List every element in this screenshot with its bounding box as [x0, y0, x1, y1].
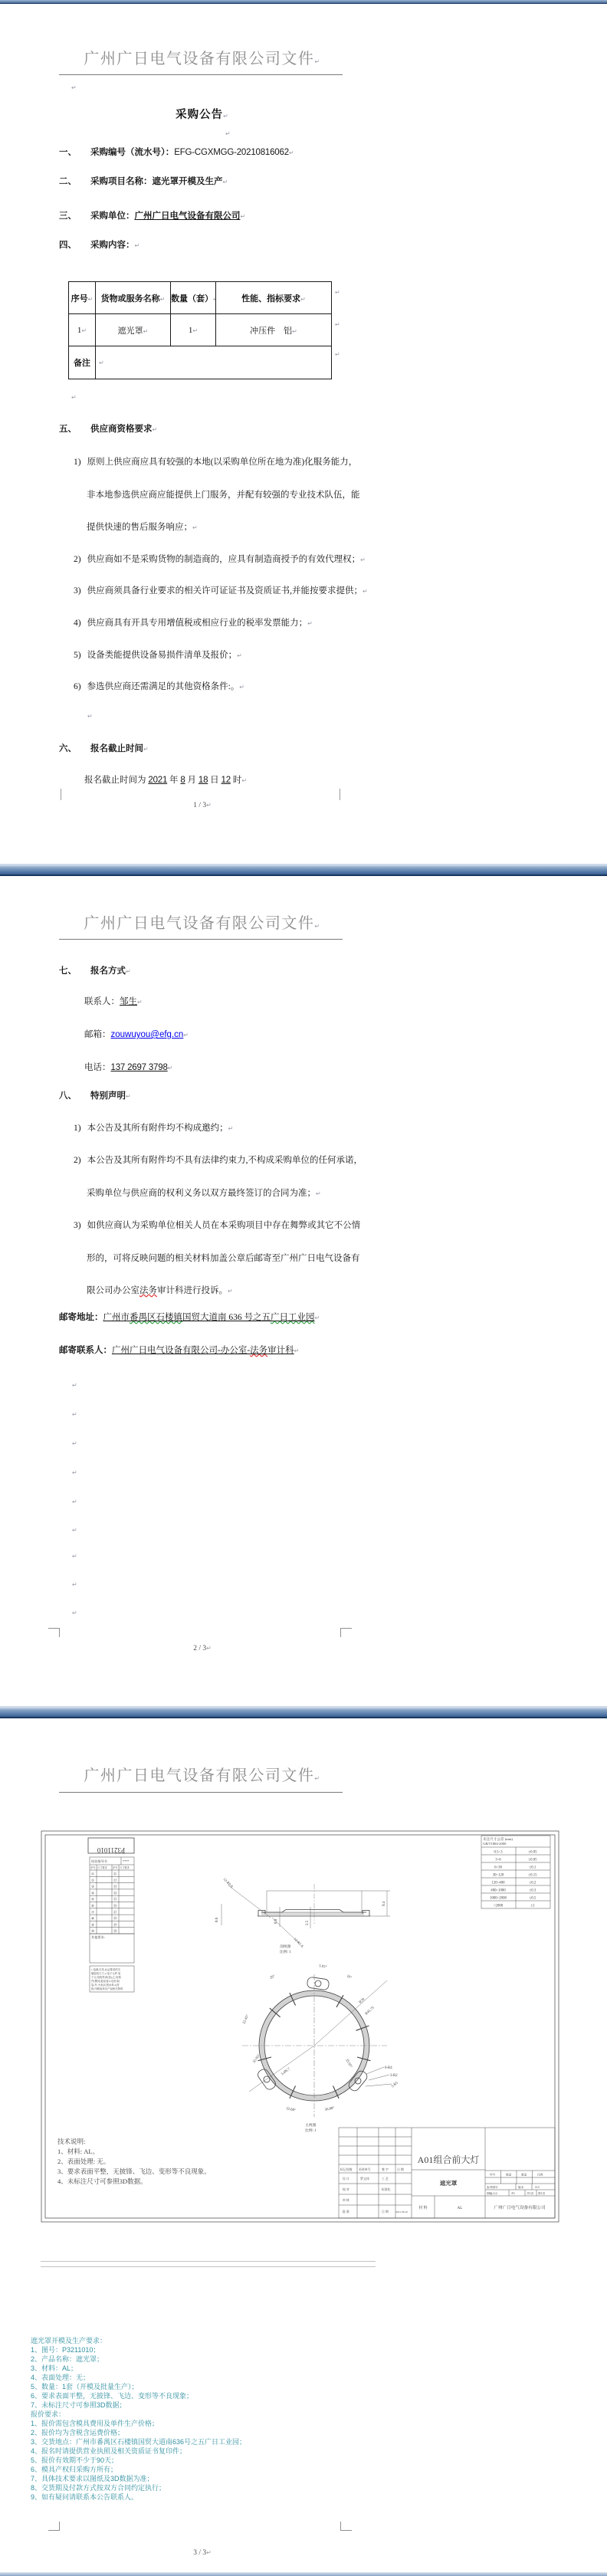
list-item: 3)供应商须具备行业要求的相关许可证证书及资质证书,并能按要求提供；↵ — [74, 584, 368, 596]
mail-address-label: 邮寄地址： — [59, 1313, 103, 1322]
front-view-scale: 比例: 1 — [305, 2128, 317, 2133]
note-line: 3、交货地点：广州市番禺区石楼镇国贸大道南636号之五广日工业园； — [31, 2437, 246, 2446]
svg-text:⑫: ⑫ — [113, 1878, 117, 1883]
svg-text:②: ② — [91, 1879, 95, 1882]
svg-text:±0.05: ±0.05 — [528, 1859, 537, 1862]
pilcrow-icon: ↵ — [143, 746, 149, 753]
note-line: 8、交货期及付款方式按双方合同约定执行； — [31, 2483, 246, 2492]
col-header: 序号↵ — [69, 282, 96, 314]
svg-text:±0.05: ±0.05 — [528, 1851, 537, 1855]
note-line: 6、模具产权归采购方所有； — [31, 2465, 246, 2474]
pilcrow-icon: ↵ — [228, 1125, 234, 1132]
pilcrow-icon: ↵ — [223, 113, 229, 120]
pilcrow-icon: ↵ — [206, 802, 212, 809]
pilcrow-icon: ↵ — [300, 296, 306, 303]
list-item: 4)供应商具有开具专用增值税或相应行业的税率发票能力；↵ — [74, 616, 313, 628]
pilcrow-icon: ↵ — [137, 999, 143, 1006]
svg-text:④: ④ — [91, 1891, 95, 1895]
contact-person: 邹生 — [120, 997, 137, 1006]
item-3-num: 三、 — [59, 212, 77, 221]
pilcrow-icon: ↵ — [99, 359, 104, 366]
material-label: 材 料 — [418, 2205, 427, 2210]
list-item-cont: 采购单位与供应商的权利义务以双方最终签订的合同为准；↵ — [87, 1186, 321, 1199]
radius-label: 3-R5 — [391, 2081, 399, 2089]
svg-text:审 核: 审 核 — [343, 2198, 349, 2202]
note-line: 1、报价需包含模具费用及单件生产价格； — [31, 2419, 246, 2428]
section-8-heading: 八、特别声明↵ — [59, 1089, 131, 1101]
svg-text:⑯: ⑯ — [113, 1903, 117, 1908]
section-5-title: 供应商资格要求 — [90, 425, 153, 434]
svg-text:1、材料: AL。: 1、材料: AL。 — [57, 2148, 99, 2155]
page2-footer: 2 / 3↵ — [0, 1645, 405, 1652]
dim-label: 9.4 — [382, 1901, 386, 1906]
note-line: 1、图号：P3211010； — [31, 2345, 246, 2354]
section-5-heading: 五、供应商资格要求↵ — [59, 422, 157, 435]
svg-text:设 计: 设 计 — [343, 2177, 349, 2181]
svg-text:A3: A3 — [511, 2192, 515, 2195]
svg-text:数量: 数量 — [506, 2173, 512, 2177]
svg-text:A.0: A.0 — [535, 2186, 540, 2189]
list-item-cont: 形的，可将反映问题的相关材料加盖公章后邮寄至广州广日电气设备有 — [87, 1252, 360, 1264]
table-remark-row: 备注 ↵ — [69, 346, 332, 379]
mail-recipient-line: 邮寄联系人：广州广日电气设备有限公司-办公室-法务审计科↵ — [59, 1344, 299, 1356]
list-item: 2)本公告及其所有附件均不具有法律约束力,不构成采购单位的任何承诺， — [74, 1153, 363, 1166]
doc-title: 采购公告↵ — [0, 106, 405, 122]
pilcrow-icon: ↵ — [153, 426, 158, 433]
pilcrow-icon: ↵ — [239, 684, 244, 691]
text-boundary-mark — [48, 1628, 60, 1637]
section-7-title: 报名方式 — [90, 966, 126, 976]
svg-text:技术说明:: 技术说明: — [57, 2138, 85, 2145]
doc-title-text: 采购公告 — [176, 109, 223, 121]
margin-tick — [61, 789, 61, 800]
section-6-heading: 六、报名截止时间↵ — [59, 742, 149, 754]
divider-line — [41, 2266, 376, 2267]
pilcrow-icon: ↵ — [314, 1775, 320, 1782]
angle-label: 32.68° — [286, 2107, 297, 2113]
svg-text:±1: ±1 — [530, 1905, 535, 1908]
cell-spec: 冲压件 铝↵ — [216, 314, 332, 346]
pilcrow-icon: ↵ — [135, 242, 140, 249]
note-line: 6、要求表面平整，无披锋、飞边、变形等不良现象； — [31, 2391, 246, 2400]
part-code-box: P3211010 — [88, 1838, 134, 1854]
section-7-heading: 七、报名方式↵ — [59, 964, 131, 976]
contact-person-line: 联系人：邹生↵ — [84, 995, 143, 1007]
note-line: 3、材料：AL； — [31, 2364, 246, 2373]
list-item-cont: 限公司办公室法务审计科进行投诉。↵ — [87, 1284, 233, 1296]
svg-text:⑮: ⑮ — [113, 1897, 117, 1902]
item-3-label: 采购单位： — [90, 212, 135, 221]
svg-text:⑧: ⑧ — [91, 1917, 95, 1921]
inspection-other-label: 其他要求: — [91, 1934, 105, 1940]
dim-label: 12-R0.8 — [222, 1878, 234, 1889]
col-header: 货物或服务名称↵ — [96, 282, 171, 314]
note-line: 5、报价有效期不少于90天； — [31, 2456, 246, 2465]
svg-text:⑤: ⑤ — [91, 1898, 95, 1902]
table-row: 1↵ 遮光罩↵ 1↵ 冲压件 铝↵ — [69, 314, 332, 346]
item-1-num: 一、 — [59, 148, 77, 157]
procurement-number: EFG-CGXMGG-20210816062 — [174, 148, 289, 157]
pilcrow-icon: ↵ — [72, 1411, 77, 1418]
pilcrow-icon: ↵ — [315, 1314, 320, 1321]
pilcrow-icon: ↵ — [126, 1093, 131, 1100]
svg-text:件号: 件号 — [490, 2173, 496, 2177]
dim-label: 0.8 — [274, 1918, 278, 1924]
svg-text:子元.结构件(机加).乙.结构: 子元.结构件(机加).乙.结构 — [91, 1975, 121, 1979]
inspection-stamp: **** — [123, 1859, 129, 1863]
svg-text:共1页: 共1页 — [527, 2191, 534, 2195]
svg-text:2、表面处理: 无。: 2、表面处理: 无。 — [57, 2158, 110, 2165]
item-2-num: 二、 — [59, 177, 77, 186]
front-view: 5.05° 10° 20° 22.45° 35.95° 32.68° 36.88… — [242, 1964, 399, 2133]
svg-text:1.电源.灯具.认证要求的关: 1.电源.灯具.认证要求的关 — [91, 1967, 121, 1971]
cell-remark-label: 备注 — [69, 346, 96, 379]
svg-text:>2000: >2000 — [494, 1905, 504, 1908]
page-separator — [0, 864, 607, 876]
page3-letterhead: 广州广日电气设备有限公司文件↵ — [0, 1763, 405, 1785]
page-separator-bottom — [0, 2572, 607, 2576]
svg-text:400~1000: 400~1000 — [491, 1889, 506, 1893]
page1-letterhead: 广州广日电气设备有限公司文件↵ — [0, 46, 405, 68]
item-4: 四、采购内容：↵ — [59, 238, 139, 251]
svg-text:标记处数: 标记处数 — [340, 2167, 353, 2171]
svg-text:校 对: 校 对 — [343, 2187, 349, 2191]
section-view: 12-R0.8 12-R1.6 0.8 0.8 2.5 9.4 剖视图 比例: … — [215, 1878, 390, 1954]
angle-label: 10° — [346, 1974, 352, 1980]
deadline-line: 报名截止时间为 2021 年 8 月 18 日 12 时↵ — [84, 773, 247, 786]
pilcrow-icon: ↵ — [168, 1065, 173, 1071]
pilcrow-icon: ↵ — [71, 84, 77, 91]
pilcrow-icon: ↵ — [72, 1527, 77, 1534]
svg-text:日 期: 日 期 — [397, 2167, 404, 2171]
svg-text:尺寸要求: 尺寸要求 — [120, 1866, 130, 1869]
item-1: 一、采购编号（流水号）：EFG-CGXMGG-20210816062↵ — [59, 146, 294, 158]
pilcrow-icon: ↵ — [81, 327, 87, 334]
item-2-label: 采购项目名称：遮光罩开模及生产 — [90, 177, 223, 186]
part-name: 遮光罩 — [440, 2179, 458, 2187]
list-item: 6)参选供应商还需满足的其他资格条件:。↵ — [74, 680, 244, 692]
svg-text:⑲: ⑲ — [113, 1922, 117, 1928]
text-boundary-mark — [48, 2522, 60, 2531]
cell-seq: 1↵ — [69, 314, 96, 346]
svg-text:①: ① — [91, 1872, 95, 1876]
col-header: 性能、指标要求↵ — [216, 282, 332, 314]
note-line: 4、报名时请提供营业执照及相关资质证书复印件； — [31, 2446, 246, 2456]
document-canvas: 广州广日电气设备有限公司文件↵ ↵ 采购公告↵ ↵ 一、采购编号（流水号）：EF… — [0, 0, 607, 2576]
mail-recipient-value: 广州广日电气设备有限公司-办公室-法务审计科 — [112, 1346, 294, 1355]
letterhead-rule — [59, 939, 343, 940]
svg-text:尺寸要求: 尺寸要求 — [97, 1866, 107, 1869]
cell-goods: 遮光罩↵ — [96, 314, 171, 346]
radius-label: 6-R4 — [385, 2066, 392, 2070]
svg-text:⑦: ⑦ — [91, 1910, 95, 1914]
svg-text:工 艺: 工 艺 — [382, 2177, 389, 2181]
section-view-caption: 剖视图 — [280, 1944, 291, 1949]
svg-text:批.印刷表单各产品相关物料: 批.印刷表单各产品相关物料 — [91, 1987, 123, 1990]
spellcheck-flagged-text: 法务 — [250, 1346, 267, 1355]
svg-text:件(模具)复检查;3.包材.胶: 件(模具)复检查;3.包材.胶 — [91, 1979, 120, 1983]
svg-text:参考图号: 参考图号 — [487, 2185, 498, 2189]
pilcrow-icon: ↵ — [72, 1440, 77, 1447]
pilcrow-icon: ↵ — [72, 1498, 77, 1505]
svg-text:3、要求表面平整，无披锋、飞边、变形等不良现象。: 3、要求表面平整，无披锋、飞边、变形等不良现象。 — [57, 2167, 211, 2176]
mail-recipient-label: 邮寄联系人： — [59, 1346, 112, 1355]
svg-text:袋.外.小卖余.图水单;4.按: 袋.外.小卖余.图水单;4.按 — [91, 1983, 120, 1987]
svg-text:比例: 比例 — [537, 2173, 543, 2177]
angle-label: 36.88° — [324, 2106, 335, 2112]
list-item: 3)如供应商认为采购单位相关人员在本采购项目中存在舞弊或其它不公情 — [74, 1219, 360, 1231]
procurement-table: 序号↵ 货物或服务名称↵ 数量（套）↵ 性能、指标要求↵ 1↵ 遮光罩↵ 1↵ … — [68, 281, 332, 379]
pilcrow-icon: ↵ — [363, 588, 368, 595]
mail-address-line: 邮寄地址：广州市番禺区石楼镇国贸大道南 636 号之五广日工业园↵ — [59, 1311, 320, 1323]
svg-text:3~6: 3~6 — [495, 1859, 501, 1862]
pilcrow-icon: ↵ — [72, 1382, 77, 1389]
phone-number: 137 2697 3798 — [111, 1063, 168, 1072]
svg-text:图幅大小: 图幅大小 — [487, 2191, 498, 2195]
table-header-row: 序号↵ 货物或服务名称↵ 数量（套）↵ 性能、指标要求↵ — [69, 282, 332, 314]
pilcrow-icon: ↵ — [241, 213, 246, 220]
pilcrow-icon: ↵ — [228, 1288, 233, 1295]
designer-name: 罗文伟 — [360, 2177, 369, 2181]
angle-label: 35.95° — [344, 2059, 353, 2069]
email-link[interactable]: zouwuyou@efg.cn — [111, 1030, 184, 1039]
note-line: 2、产品名称：遮光罩； — [31, 2354, 246, 2364]
svg-text:⑬: ⑬ — [113, 1884, 117, 1889]
engineering-drawing: P3211010 检验指导书 **** 序号尺寸要求 序号尺寸要求 ①⑪ — [41, 1830, 559, 2223]
pilcrow-icon: ↵ — [294, 1347, 300, 1354]
pilcrow-icon: ↵ — [241, 777, 247, 784]
section-7-num: 七、 — [59, 966, 77, 976]
section-6-title: 报名截止时间 — [90, 744, 143, 753]
pilcrow-icon: ↵ — [316, 1190, 321, 1197]
company-name: 广州广日电气设备有限公司 — [494, 2204, 546, 2210]
divider-line — [41, 2261, 376, 2262]
col-header: 数量（套）↵ — [171, 282, 216, 314]
pilcrow-icon: ↵ — [307, 620, 313, 627]
list-item: 1)本公告及其所有附件均不构成邀约；↵ — [74, 1121, 233, 1134]
dim-label: 0.8 — [215, 1917, 219, 1922]
list-item-cont: 非本地参选供应商应能提供上门服务，并配有较强的专业技术队伍，能 — [87, 488, 360, 500]
pilcrow-icon: ↵ — [88, 296, 94, 303]
hole-dia-label: 3-Ø6.7 — [281, 2067, 291, 2077]
pilcrow-icon: ↵ — [237, 652, 242, 659]
pilcrow-icon: ↵ — [225, 130, 231, 137]
page1-footer: 1 / 3↵ — [0, 802, 405, 809]
note-line: 4、表面处理：无； — [31, 2373, 246, 2382]
tolerance-standard: GB/T1804-2000 — [483, 1842, 507, 1846]
svg-text:签 字: 签 字 — [382, 2167, 389, 2171]
letterhead-text: 广州广日电气设备有限公司文件 — [84, 1767, 314, 1784]
pilcrow-icon: ↵ — [72, 1610, 77, 1616]
letterhead-text: 广州广日电气设备有限公司文件 — [84, 51, 314, 67]
pilcrow-icon: ↵ — [223, 179, 228, 185]
deadline-day: 18 — [199, 776, 208, 785]
svg-text:⑪: ⑪ — [113, 1872, 117, 1877]
svg-text:6~30: 6~30 — [494, 1866, 502, 1870]
pilcrow-icon: ↵ — [192, 524, 198, 531]
item-4-num: 四、 — [59, 241, 77, 250]
section-view-scale: 比例: 1 — [280, 1949, 291, 1954]
svg-text:⑩: ⑩ — [91, 1929, 95, 1933]
page2-letterhead: 广州广日电气设备有限公司文件↵ — [0, 911, 405, 933]
pilcrow-icon: ↵ — [72, 1581, 77, 1588]
tolerance-table: 未注尺寸公差 (mm) GB/T1804-2000 0.5~3±0.05 3~6… — [481, 1836, 550, 1908]
text-boundary-mark — [340, 2522, 352, 2531]
angle-label: 22.45° — [242, 2014, 250, 2025]
section-6-num: 六、 — [59, 744, 77, 753]
svg-text:±0.15: ±0.15 — [528, 1874, 537, 1878]
radius-label: 3-R2 — [390, 2074, 398, 2078]
tolerance-title: 未注尺寸公差 (mm) — [483, 1836, 513, 1842]
svg-text:③: ③ — [91, 1885, 95, 1889]
svg-text:⑰: ⑰ — [113, 1909, 117, 1915]
svg-text:版本: 版本 — [518, 2185, 524, 2189]
section-8-num: 八、 — [59, 1091, 77, 1101]
purchaser-name: 广州广日电气设备有限公司 — [135, 212, 241, 221]
svg-text:±0.2: ±0.2 — [530, 1882, 536, 1885]
page3-footer: 3 / 3↵ — [0, 2549, 405, 2557]
svg-text:键检验尺寸;2.电子元件.电: 键检验尺寸;2.电子元件.电 — [91, 1971, 121, 1975]
list-item: 5)设备类能提供设备易损件清单及报价；↵ — [74, 648, 242, 661]
spellcheck-flagged-text: 广日工业园 — [271, 1313, 315, 1322]
list-item: 1)原则上供应商应具有较强的本地(以采购单位所在地为准)化服务能力， — [74, 455, 357, 468]
pilcrow-icon: ↵ — [335, 321, 340, 328]
angle-label: 5.05° — [319, 1964, 327, 1970]
item-4-label: 采购内容： — [90, 241, 135, 250]
list-item: 2)供应商如不是采购货物的制造商的，应具有制造商授予的有效代理权；↵ — [74, 553, 366, 565]
pilcrow-icon: ↵ — [71, 394, 77, 401]
pilcrow-icon: ↵ — [72, 1553, 77, 1560]
note-line: 7、未标注尺寸可参照3D数据； — [31, 2400, 246, 2410]
item-1-label: 采购编号（流水号）： — [90, 148, 174, 157]
pilcrow-icon: ↵ — [183, 1032, 189, 1039]
section-8-title: 特别声明 — [90, 1091, 126, 1101]
pilcrow-icon: ↵ — [126, 968, 131, 975]
page-separator — [0, 1706, 607, 1718]
list-item-cont: 提供快速的售后服务响应；↵ — [87, 520, 198, 533]
material-value: AL — [458, 2207, 463, 2210]
svg-text:重量: 重量 — [521, 2173, 527, 2177]
pilcrow-icon: ↵ — [143, 328, 149, 335]
note-line: 5、数量：1套（开模及批量生产）； — [31, 2382, 246, 2391]
mail-address-value: 广州市番禺区石楼镇国贸大道南 636 号之五广日工业园 — [103, 1313, 315, 1322]
note-line: 9、如有疑问请联系本公告联系人。 — [31, 2492, 246, 2502]
svg-text:日 期: 日 期 — [382, 2210, 389, 2213]
svg-text:批 准: 批 准 — [343, 2210, 349, 2213]
inspection-title: 检验指导书 — [91, 1859, 108, 1864]
svg-text:⑱: ⑱ — [113, 1916, 117, 1921]
svg-text:序号: 序号 — [90, 1866, 96, 1869]
cell-remark-value: ↵ — [96, 346, 332, 379]
note-line: 报价要求： — [31, 2410, 246, 2419]
tech-notes: 技术说明: 1、材料: AL。 2、表面处理: 无。 3、要求表面平整，无披锋、… — [57, 2138, 211, 2185]
note-line: 2、报价均为含税含运费价格； — [31, 2428, 246, 2437]
dim-label: 2.5 — [306, 1920, 310, 1925]
title-block: 标记处数更改单号 签 字日 期 设 计罗文伟工 艺 校 对标准化 审 核 批 准… — [339, 2128, 555, 2218]
pilcrow-icon: ↵ — [292, 328, 297, 335]
svg-text:4、未标注尺寸可参照3D数据。: 4、未标注尺寸可参照3D数据。 — [57, 2177, 147, 2185]
spellcheck-flagged-text: 法务 — [139, 1286, 157, 1295]
pilcrow-icon: ↵ — [72, 1469, 77, 1476]
margin-tick — [340, 789, 340, 800]
radius-label: R45.75 — [365, 2006, 376, 2016]
pilcrow-icon: ↵ — [335, 351, 340, 358]
note-line: 遮光罩开模及生产要求： — [31, 2336, 246, 2345]
svg-text:⑨: ⑨ — [91, 1923, 95, 1927]
svg-text:±0.5: ±0.5 — [530, 1897, 536, 1901]
pilcrow-icon: ↵ — [289, 149, 294, 156]
letterhead-text: 广州广日电气设备有限公司文件 — [84, 915, 314, 932]
letterhead-rule — [59, 74, 343, 75]
cell-qty: 1↵ — [171, 314, 216, 346]
angle-label: 20° — [270, 1974, 276, 1980]
pilcrow-icon: ↵ — [206, 2549, 212, 2556]
svg-text:⑳: ⑳ — [113, 1928, 117, 1934]
spellcheck-flagged-text: 番禺区石楼镇 — [130, 1313, 182, 1322]
inspection-table-text: 检验指导书 **** 序号尺寸要求 序号尺寸要求 ①⑪ ②⑫ ③⑬ ④⑭ ⑤⑮ … — [90, 1859, 130, 1990]
pilcrow-icon: ↵ — [360, 556, 366, 563]
requirement-notes: 遮光罩开模及生产要求： 1、图号：P3211010； 2、产品名称：遮光罩； 3… — [31, 2336, 246, 2502]
svg-text:120~400: 120~400 — [492, 1882, 506, 1885]
svg-text:30~120: 30~120 — [493, 1874, 504, 1878]
pilcrow-icon: ↵ — [192, 327, 198, 334]
svg-text:±0.3: ±0.3 — [530, 1889, 536, 1893]
page-separator-top — [0, 0, 607, 4]
contact-email-line: 邮箱：zouwuyou@efg.cn↵ — [84, 1028, 189, 1040]
dim-label: 12-R1.6 — [293, 1938, 304, 1949]
letterhead-rule — [59, 1792, 343, 1793]
svg-text:1000~2000: 1000~2000 — [490, 1897, 507, 1901]
item-3: 三、采购单位：广州广日电气设备有限公司↵ — [59, 209, 245, 222]
svg-text:第1页: 第1页 — [538, 2191, 546, 2195]
svg-text:序号: 序号 — [113, 1866, 118, 1869]
svg-text:0.5~3: 0.5~3 — [494, 1851, 504, 1855]
deadline-hour: 12 — [221, 776, 231, 785]
product-name: A01组合前大灯 — [418, 2154, 480, 2165]
contact-phone-line: 电话：137 2697 3798↵ — [84, 1061, 172, 1073]
pilcrow-icon: ↵ — [314, 58, 320, 65]
pilcrow-icon: ↵ — [87, 713, 93, 720]
pilcrow-icon: ↵ — [335, 289, 340, 296]
svg-text:标准化: 标准化 — [382, 2187, 391, 2191]
text-boundary-mark — [340, 1628, 352, 1637]
pilcrow-icon: ↵ — [160, 296, 166, 303]
svg-text:更改单号: 更改单号 — [359, 2167, 371, 2171]
deadline-year: 2021 — [148, 776, 167, 785]
angle-label: 35.95° — [253, 2054, 261, 2064]
pilcrow-icon: ↵ — [314, 923, 320, 930]
item-2: 二、采购项目名称：遮光罩开模及生产↵ — [59, 175, 228, 187]
svg-text:⑥: ⑥ — [91, 1904, 95, 1908]
radius-label: R39 — [359, 1997, 366, 2004]
svg-text:±0.1: ±0.1 — [530, 1866, 536, 1870]
pilcrow-icon: ↵ — [213, 296, 216, 303]
section-5-num: 五、 — [59, 425, 77, 434]
note-line: 7、具体技术要求以图纸及3D数据为准； — [31, 2474, 246, 2483]
approval-date: 2021-08-16 — [396, 2210, 408, 2213]
part-code-text: P3211010 — [97, 1846, 125, 1854]
front-view-caption: 主视图 — [305, 2122, 317, 2128]
svg-text:⑭: ⑭ — [113, 1890, 117, 1895]
pilcrow-icon: ↵ — [206, 1645, 212, 1652]
